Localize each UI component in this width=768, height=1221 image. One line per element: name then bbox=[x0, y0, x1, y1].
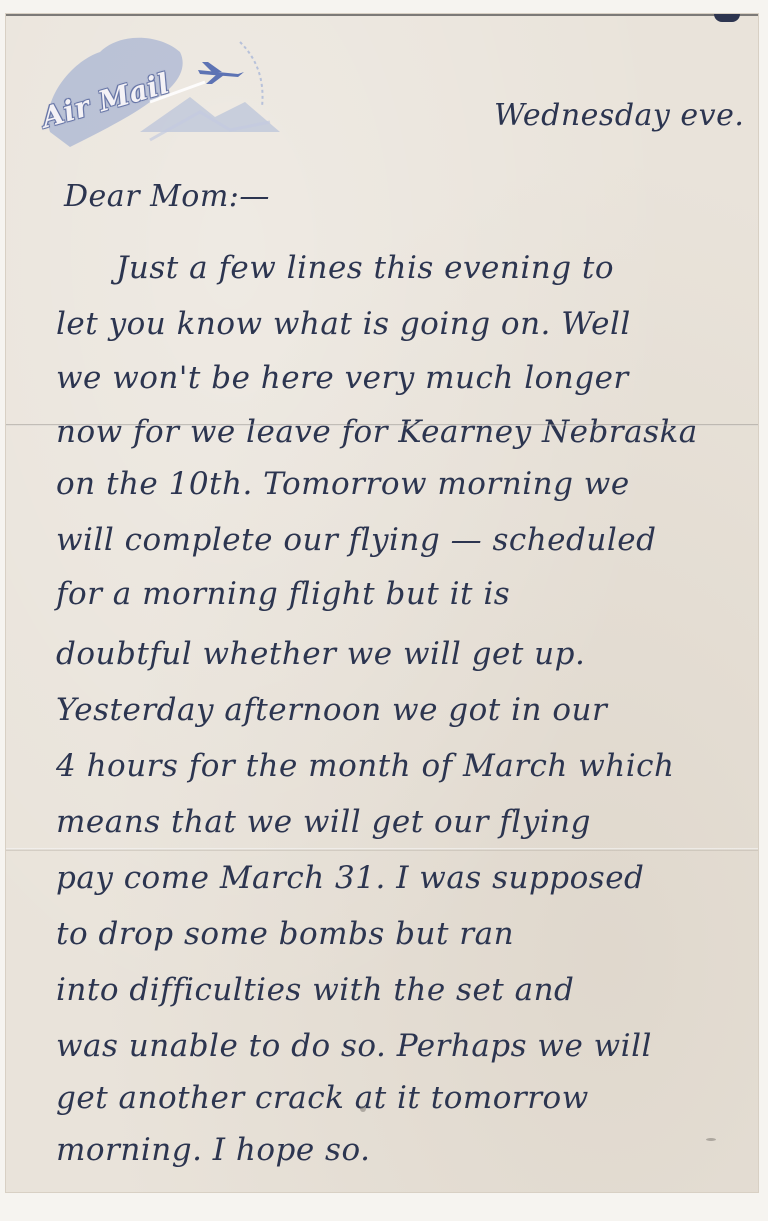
letter-line: 4 hours for the month of March which bbox=[56, 748, 674, 784]
letter-line: means that we will get our flying bbox=[56, 804, 591, 840]
corner-mark bbox=[714, 14, 740, 22]
letter-salutation: Dear Mom:— bbox=[64, 179, 270, 214]
letter-line: doubtful whether we will get up. bbox=[56, 636, 585, 672]
page-top-edge bbox=[6, 14, 758, 16]
letter-line: was unable to do so. Perhaps we will bbox=[56, 1028, 652, 1064]
letter-line: into difficulties with the set and bbox=[56, 972, 574, 1008]
letter-line: pay come March 31. I was supposed bbox=[56, 860, 644, 896]
letter-line: morning. I hope so. bbox=[56, 1132, 370, 1168]
paper-stain bbox=[706, 1138, 716, 1141]
paper-fold-line bbox=[6, 424, 758, 426]
letter-line: get another crack at it tomorrow bbox=[56, 1080, 589, 1116]
letter-line: let you know what is going on. Well bbox=[56, 306, 631, 342]
letter-date: Wednesday eve. bbox=[494, 98, 744, 133]
letter-page: Air Mail Wednesday eve. Dear Mom:— Just … bbox=[6, 14, 758, 1192]
letter-line: we won't be here very much longer bbox=[56, 360, 629, 396]
letter-line: to drop some bombs but ran bbox=[56, 916, 514, 952]
paper-fold-line bbox=[6, 848, 758, 851]
letter-line: will complete our flying — scheduled bbox=[56, 522, 656, 558]
airplane-icon bbox=[198, 62, 244, 84]
letter-line: for a morning flight but it is bbox=[56, 576, 510, 612]
airmail-letterhead: Air Mail bbox=[30, 22, 290, 162]
letter-line: now for we leave for Kearney Nebraska bbox=[56, 414, 698, 450]
letter-line: on the 10th. Tomorrow morning we bbox=[56, 466, 630, 502]
letter-line: Yesterday afternoon we got in our bbox=[56, 692, 607, 728]
letter-line: Just a few lines this evening to bbox=[116, 250, 614, 286]
paper-stain bbox=[360, 1106, 366, 1112]
